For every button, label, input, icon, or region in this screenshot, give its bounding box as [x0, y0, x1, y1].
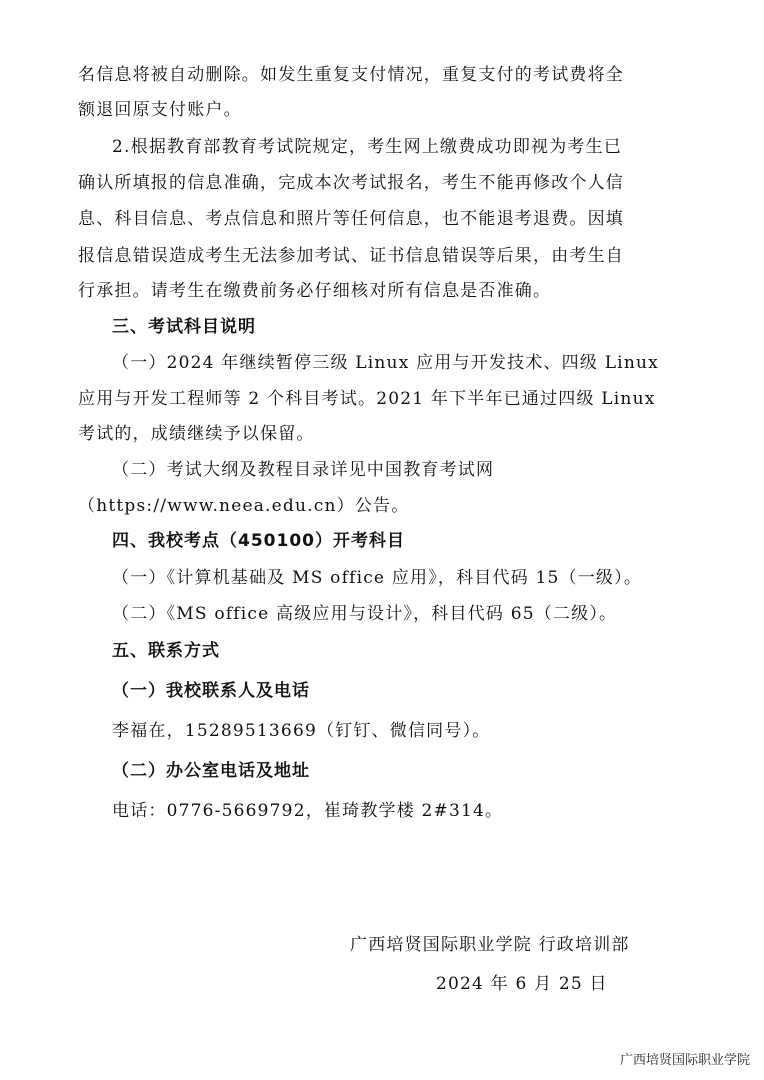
signature-date: 2024 年 6 月 25 日: [436, 973, 608, 995]
paragraph-line: 额退回原支付账户。: [78, 99, 698, 121]
signature-organization: 广西培贤国际职业学院 行政培训部: [350, 934, 630, 956]
section-heading: 五、联系方式: [112, 640, 732, 662]
paragraph-line: 名信息将被自动删除。如发生重复支付情况，重复支付的考试费将全: [78, 64, 698, 86]
paragraph-line: 考试的，成绩继续予以保留。: [78, 423, 698, 445]
list-item: （二）《MS office 高级应用与设计》，科目代码 65（二级）。: [112, 603, 732, 625]
paragraph-line: （一）2024 年继续暂停三级 Linux 应用与开发技术、四级 Linux: [112, 352, 732, 374]
subsection-heading: （一）我校联系人及电话: [112, 680, 732, 702]
paragraph-line: 确认所填报的信息准确，完成本次考试报名，考生不能再修改个人信: [78, 172, 698, 194]
office-contact: 电话：0776-5669792，崔琦教学楼 2#314。: [112, 800, 732, 822]
document-page: 名信息将被自动删除。如发生重复支付情况，重复支付的考试费将全 额退回原支付账户。…: [0, 0, 764, 1080]
paragraph-line: 应用与开发工程师等 2 个科目考试。2021 年下半年已通过四级 Linux: [78, 388, 698, 410]
list-item: （一）《计算机基础及 MS office 应用》，科目代码 15（一级）。: [112, 567, 732, 589]
paragraph-line: 行承担。请考生在缴费前务必仔细核对所有信息是否准确。: [78, 280, 698, 302]
contact-person: 李福在，15289513669（钉钉、微信同号）。: [112, 720, 732, 742]
section-heading: 四、我校考点（450100）开考科目: [112, 530, 732, 552]
section-heading: 三、考试科目说明: [112, 316, 732, 338]
watermark: 广西培贤国际职业学院: [620, 1049, 750, 1068]
paragraph-line: 2.根据教育部教育考试院规定，考生网上缴费成功即视为考生已: [112, 136, 732, 158]
paragraph-line: 报信息错误造成考生无法参加考试、证书信息错误等后果，由考生自: [78, 245, 698, 267]
subsection-heading: （二）办公室电话及地址: [112, 760, 732, 782]
paragraph-line: 息、科目信息、考点信息和照片等任何信息，也不能退考退费。因填: [78, 208, 698, 230]
paragraph-line: （二）考试大纲及教程目录详见中国教育考试网: [112, 459, 732, 481]
paragraph-line: （https://www.neea.edu.cn）公告。: [78, 495, 698, 517]
